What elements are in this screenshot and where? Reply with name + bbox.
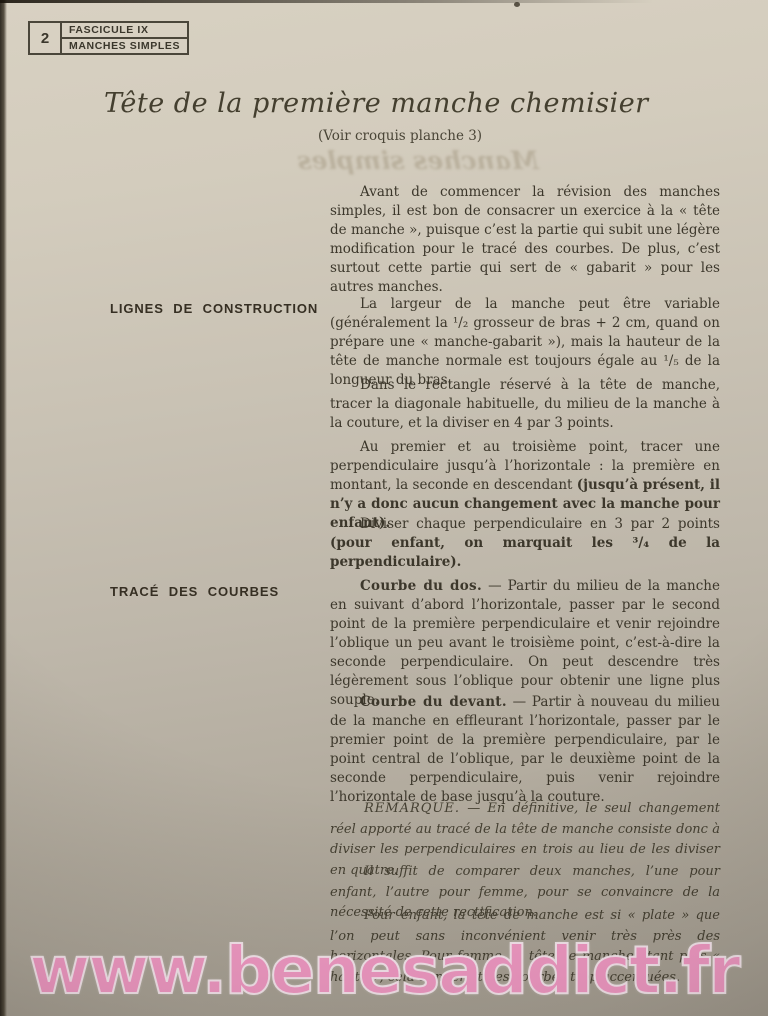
bleed-through-text: Manches simples bbox=[268, 146, 568, 175]
paragraph-diviser-normal: Diviser chaque perpendiculaire en 3 par … bbox=[360, 516, 720, 532]
section-heading-trace-des-courbes: TRACÉ DES COURBES bbox=[110, 584, 279, 599]
watermark-url-text: www.benesaddict.fr bbox=[0, 938, 768, 1004]
remarque-lead: REMARQUE. bbox=[364, 801, 460, 816]
fascicule-label: FASCICULE IX bbox=[62, 23, 187, 39]
paragraph-intro: Avant de commencer la révision des manch… bbox=[330, 183, 720, 297]
photographed-book-page: 2 FASCICULE IX MANCHES SIMPLES Tête de l… bbox=[0, 0, 768, 1016]
courbe-du-dos-body: — Partir du milieu de la manche en suiva… bbox=[330, 578, 720, 708]
photo-speck bbox=[514, 2, 520, 7]
paragraph-rectangle: Dans le rectangle réservé à la tête de m… bbox=[330, 376, 720, 433]
header-box: 2 FASCICULE IX MANCHES SIMPLES bbox=[28, 21, 189, 55]
courbe-du-devant-body: — Partir à nouveau du milieu de la manch… bbox=[330, 694, 720, 805]
paragraph-diviser: Diviser chaque perpendiculaire en 3 par … bbox=[330, 515, 720, 572]
section-heading-lignes-de-construction: LIGNES DE CONSTRUCTION bbox=[110, 301, 318, 316]
paragraph-diviser-bold: (pour enfant, on marquait les ³/₄ de la … bbox=[330, 535, 720, 570]
courbe-du-devant-lead: Courbe du devant. bbox=[360, 694, 507, 710]
header-labels: FASCICULE IX MANCHES SIMPLES bbox=[62, 23, 187, 53]
series-label: MANCHES SIMPLES bbox=[62, 39, 187, 53]
page-number: 2 bbox=[30, 23, 62, 53]
courbe-du-dos-lead: Courbe du dos. bbox=[360, 578, 482, 594]
page-top-edge-shadow bbox=[0, 0, 768, 3]
page-left-edge-shadow bbox=[0, 0, 7, 1016]
paragraph-courbe-du-devant: Courbe du devant. — Partir à nouveau du … bbox=[330, 693, 720, 807]
page-title: Tête de la première manche chemisier bbox=[104, 88, 649, 119]
paragraph-courbe-du-dos: Courbe du dos. — Partir du milieu de la … bbox=[330, 577, 720, 710]
page-subtitle: (Voir croquis planche 3) bbox=[318, 128, 482, 144]
